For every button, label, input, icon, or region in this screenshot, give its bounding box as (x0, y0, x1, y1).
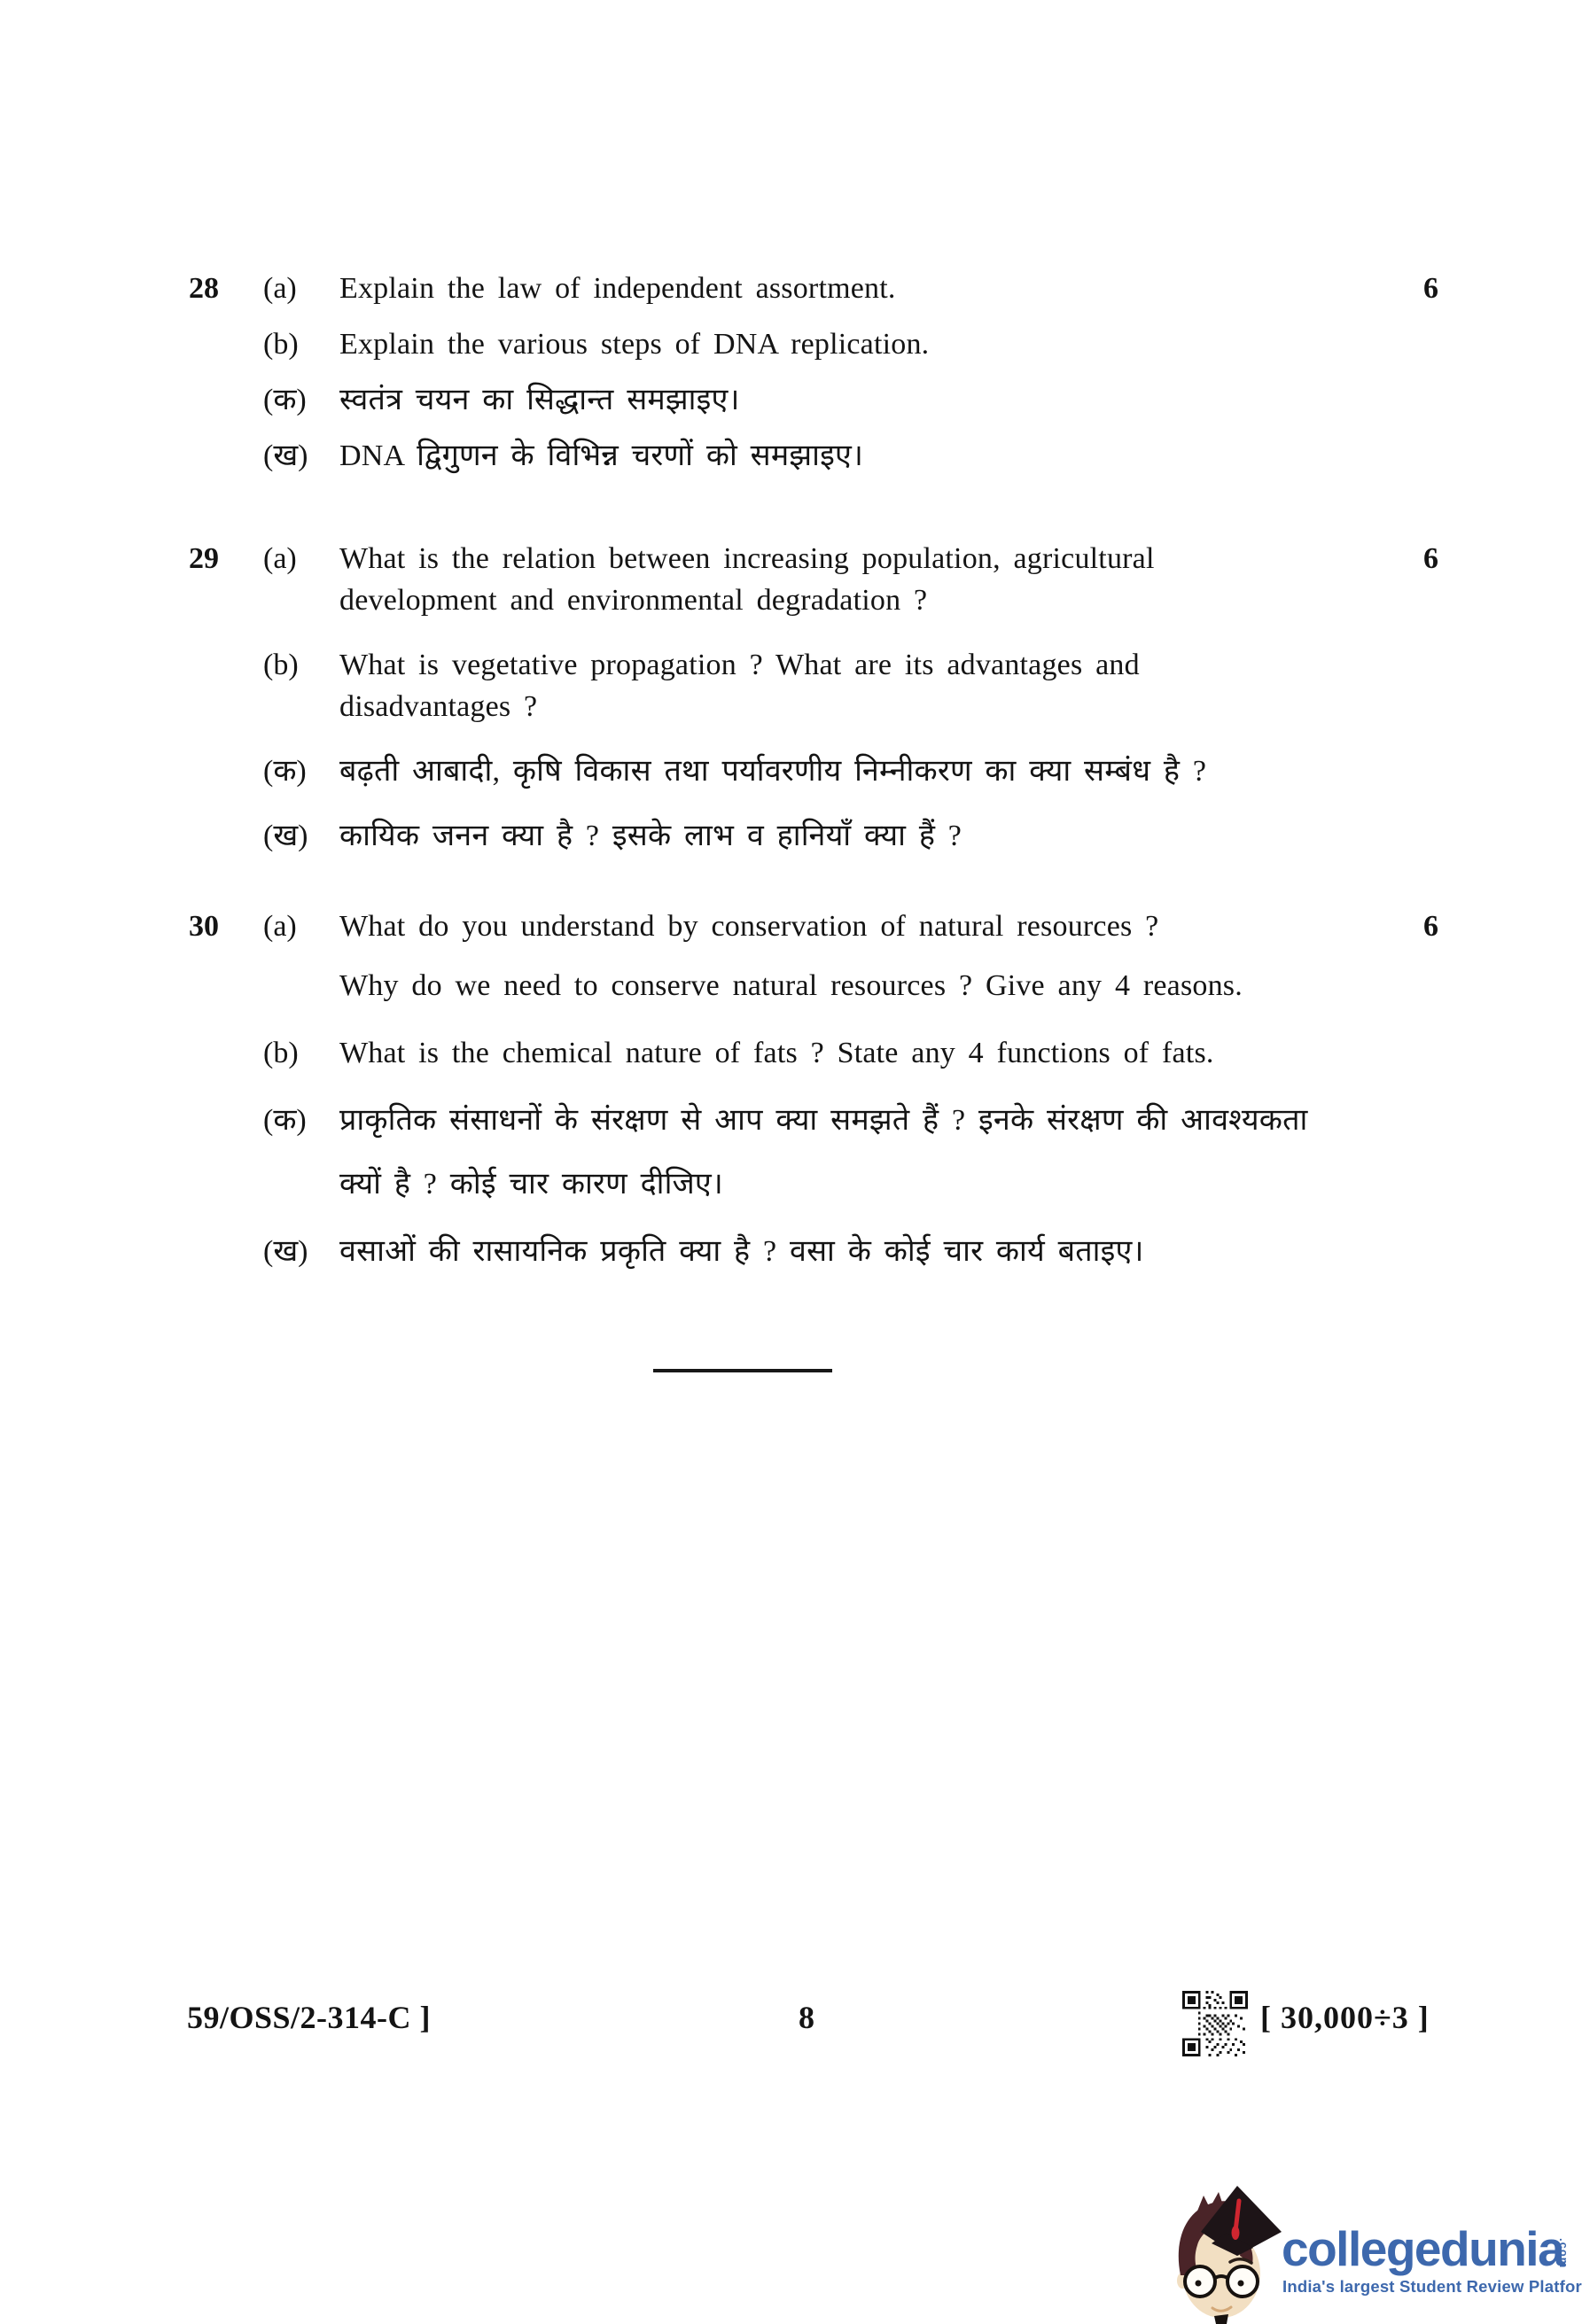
marks-value: 6 (1297, 906, 1438, 947)
part-text: What is the chemical nature of fats ? St… (339, 1032, 1297, 1074)
question-30: 30 (a) What do you understand by conserv… (189, 906, 1438, 1298)
part-label: (क) (263, 750, 339, 792)
part-text: स्वतंत्र चयन का सिद्धान्त समझाइए। (339, 379, 1297, 421)
question-part: (ख) वसाओं की रासायनिक प्रकृति क्या है ? … (189, 1231, 1438, 1272)
question-part: 30 (a) What do you understand by conserv… (189, 906, 1438, 1007)
question-part: (क) स्वतंत्र चयन का सिद्धान्त समझाइए। (189, 379, 1438, 421)
question-number: 30 (189, 906, 263, 947)
question-line: development and environmental degradatio… (339, 579, 1297, 621)
part-text: Explain the law of independent assortmen… (339, 268, 1297, 309)
part-text: What do you understand by conservation o… (339, 906, 1297, 1007)
end-divider (653, 1369, 832, 1372)
part-text: प्राकृतिक संसाधनों के संरक्षण से आप क्या… (339, 1100, 1297, 1205)
question-part: (ख) कायिक जनन क्या है ? इसके लाभ व हानिय… (189, 815, 1438, 857)
part-label: (b) (263, 323, 339, 365)
part-text: कायिक जनन क्या है ? इसके लाभ व हानियाँ क… (339, 815, 1297, 857)
part-text: वसाओं की रासायनिक प्रकृति क्या है ? वसा … (339, 1231, 1297, 1272)
question-line: disadvantages ? (339, 686, 1297, 727)
part-label: (a) (263, 538, 339, 579)
part-label: (ख) (263, 815, 339, 857)
part-label: (ख) (263, 435, 339, 477)
logo-tld-text: .com (1557, 2238, 1570, 2268)
question-line: बढ़ती आबादी, कृषि विकास तथा पर्यावरणीय न… (339, 750, 1297, 792)
logo-tagline: India's largest Student Review Platform (1282, 2277, 1575, 2297)
marks-value: 6 (1297, 268, 1438, 309)
part-text: Explain the various steps of DNA replica… (339, 323, 1297, 365)
print-run: [ 30,000÷3 ] (1260, 1999, 1430, 2036)
question-part: 28 (a) Explain the law of independent as… (189, 268, 1438, 309)
question-line: DNA द्विगुणन के विभिन्न चरणों को समझाइए। (339, 435, 1297, 477)
page-number: 8 (762, 1999, 851, 2036)
part-label: (a) (263, 906, 339, 947)
question-29: 29 (a) What is the relation between incr… (189, 538, 1438, 880)
part-text: DNA द्विगुणन के विभिन्न चरणों को समझाइए। (339, 435, 1297, 477)
part-text: What is the relation between increasing … (339, 538, 1297, 621)
part-label: (b) (263, 644, 339, 686)
question-line: What is the chemical nature of fats ? St… (339, 1032, 1297, 1074)
mascot-icon (1172, 2181, 1285, 2324)
paper-code: 59/OSS/2-314-C ] (187, 1999, 431, 2036)
collegedunia-logo-text: collegedunia (1282, 2220, 1563, 2277)
question-line: Explain the various steps of DNA replica… (339, 323, 1297, 365)
question-line: क्यों है ? कोई चार कारण दीजिए। (339, 1163, 1297, 1205)
question-part: (क) बढ़ती आबादी, कृषि विकास तथा पर्यावरण… (189, 750, 1438, 792)
part-label: (क) (263, 379, 339, 421)
part-text: बढ़ती आबादी, कृषि विकास तथा पर्यावरणीय न… (339, 750, 1297, 792)
question-part: (क) प्राकृतिक संसाधनों के संरक्षण से आप … (189, 1100, 1438, 1205)
question-line: प्राकृतिक संसाधनों के संरक्षण से आप क्या… (339, 1100, 1297, 1141)
part-label: (क) (263, 1100, 339, 1141)
qr-code-icon (1182, 1991, 1248, 2056)
question-line: स्वतंत्र चयन का सिद्धान्त समझाइए। (339, 379, 1297, 421)
question-part: (b) What is vegetative propagation ? Wha… (189, 644, 1438, 727)
question-number: 29 (189, 538, 263, 579)
question-line: What is the relation between increasing … (339, 538, 1297, 579)
question-number: 28 (189, 268, 263, 309)
part-label: (b) (263, 1032, 339, 1074)
question-line: Explain the law of independent assortmen… (339, 268, 1297, 309)
question-line: कायिक जनन क्या है ? इसके लाभ व हानियाँ क… (339, 815, 1297, 857)
exam-paper-page: 28 (a) Explain the law of independent as… (0, 0, 1582, 2324)
question-part: (b) What is the chemical nature of fats … (189, 1032, 1438, 1074)
question-line: Why do we need to conserve natural resou… (339, 965, 1297, 1007)
part-label: (a) (263, 268, 339, 309)
question-28: 28 (a) Explain the law of independent as… (189, 268, 1438, 491)
question-part: 29 (a) What is the relation between incr… (189, 538, 1438, 621)
question-line: What is vegetative propagation ? What ar… (339, 644, 1297, 686)
question-part: (b) Explain the various steps of DNA rep… (189, 323, 1438, 365)
part-label: (ख) (263, 1231, 339, 1272)
marks-value: 6 (1297, 538, 1438, 579)
question-line: वसाओं की रासायनिक प्रकृति क्या है ? वसा … (339, 1231, 1297, 1272)
part-text: What is vegetative propagation ? What ar… (339, 644, 1297, 727)
question-part: (ख) DNA द्विगुणन के विभिन्न चरणों को समझ… (189, 435, 1438, 477)
question-line: What do you understand by conservation o… (339, 906, 1297, 947)
